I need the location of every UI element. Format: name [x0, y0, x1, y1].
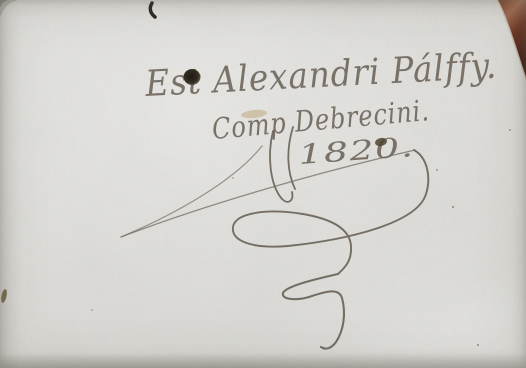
- photo-of-handwritten-inscription: Est Alexandri Pálffy. Comp Debrecini. 18…: [0, 0, 526, 368]
- ink-blot: [184, 69, 201, 85]
- inscription-artwork: Est Alexandri Pálffy. Comp Debrecini. 18…: [0, 0, 526, 368]
